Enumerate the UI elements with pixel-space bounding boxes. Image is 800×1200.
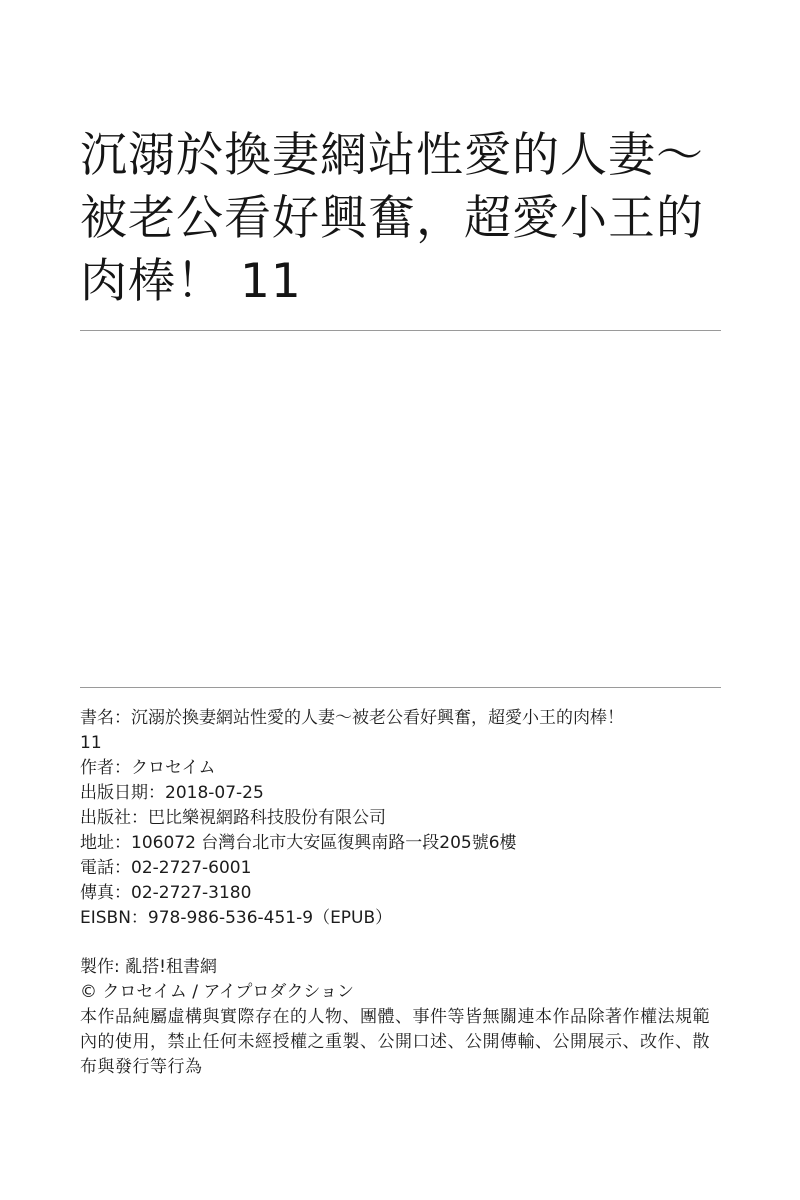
credits: 製作: 亂搭!租書網 © クロセイム / アイプロダクション 本作品純屬虛構與實…: [80, 955, 721, 1080]
book-title-line-3: 肉棒！ 11: [80, 250, 721, 313]
book-metadata: 書名：沉溺於換妻網站性愛的人妻～被老公看好興奮，超愛小王的肉棒！ 11 作者：ク…: [80, 706, 721, 931]
book-name-volume: 11: [80, 731, 721, 756]
book-name: 書名：沉溺於換妻網站性愛的人妻～被老公看好興奮，超愛小王的肉棒！: [80, 706, 721, 731]
title-divider: [80, 330, 721, 331]
publisher: 出版社：巴比樂視網路科技股份有限公司: [80, 806, 721, 831]
publish-date: 出版日期：2018-07-25: [80, 781, 721, 806]
address: 地址：106072 台灣台北市大安區復興南路一段205號6樓: [80, 831, 721, 856]
producer: 製作: 亂搭!租書網: [80, 955, 721, 980]
book-title-line-1: 沉溺於換妻網站性愛的人妻～: [80, 124, 721, 187]
author: 作者：クロセイム: [80, 756, 721, 781]
eisbn: EISBN：978-986-536-451-9（EPUB）: [80, 906, 721, 931]
phone: 電話：02-2727-6001: [80, 856, 721, 881]
legal-notice: 本作品純屬虛構與實際存在的人物、團體、事件等皆無關連本作品除著作權法規範內的使用…: [80, 1005, 721, 1080]
fax: 傳真：02-2727-3180: [80, 881, 721, 906]
book-title-line-2: 被老公看好興奮，超愛小王的: [80, 187, 721, 250]
book-title: 沉溺於換妻網站性愛的人妻～ 被老公看好興奮，超愛小王的 肉棒！ 11: [80, 124, 721, 313]
copyright-notice: © クロセイム / アイプロダクション: [80, 980, 721, 1005]
metadata-divider: [80, 687, 721, 688]
